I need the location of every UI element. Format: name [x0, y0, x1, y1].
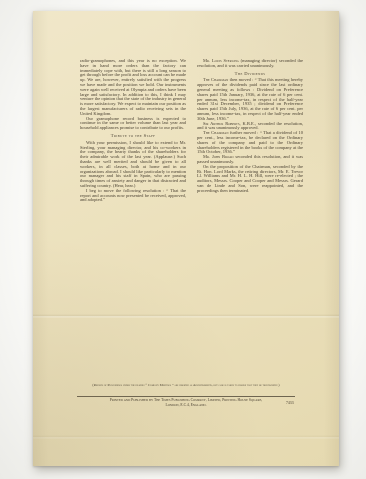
- paper-fold-crease: [33, 435, 339, 439]
- scan-background: radio-gramophones, and this year is no e…: [0, 0, 366, 479]
- paragraph: The Chairman then moved : “ That this me…: [197, 78, 303, 121]
- paragraph: I beg to move the following resolution :…: [80, 189, 186, 203]
- text-block: radio-gramophones, and this year is no e…: [80, 59, 303, 203]
- footer-divider: [77, 396, 295, 397]
- advertisement-notice: (Reports of Proceedings under the headin…: [66, 383, 306, 387]
- paragraph: Mr. Louis Sterling (managing director) s…: [197, 59, 303, 69]
- imprint: Printed and Published by The Times Publi…: [70, 398, 302, 407]
- left-column: radio-gramophones, and this year is no e…: [80, 59, 186, 203]
- imprint-line: London, E.C.4, England.: [70, 403, 302, 408]
- paragraph: On the proposition of the Chairman, seco…: [197, 165, 303, 194]
- section-heading-tribute-to-the-staff: Tribute to the Staff: [80, 134, 186, 139]
- paragraph: With your permission, I should like to e…: [80, 141, 186, 189]
- paragraph: radio-gramophones, and this year is no e…: [80, 59, 186, 117]
- document-page: radio-gramophones, and this year is no e…: [33, 11, 339, 466]
- paragraph: The Chairman further moved : “ That a di…: [197, 131, 303, 155]
- section-heading-the-dividends: The Dividends: [197, 72, 303, 77]
- right-column: Mr. Louis Sterling (managing director) s…: [197, 59, 303, 203]
- paper-fold-crease: [33, 314, 339, 318]
- paragraph: Our gramophone record business is expect…: [80, 117, 186, 131]
- paragraph-text: then moved : “ That this meeting hereby …: [197, 77, 303, 120]
- document-number: 7433: [286, 401, 294, 405]
